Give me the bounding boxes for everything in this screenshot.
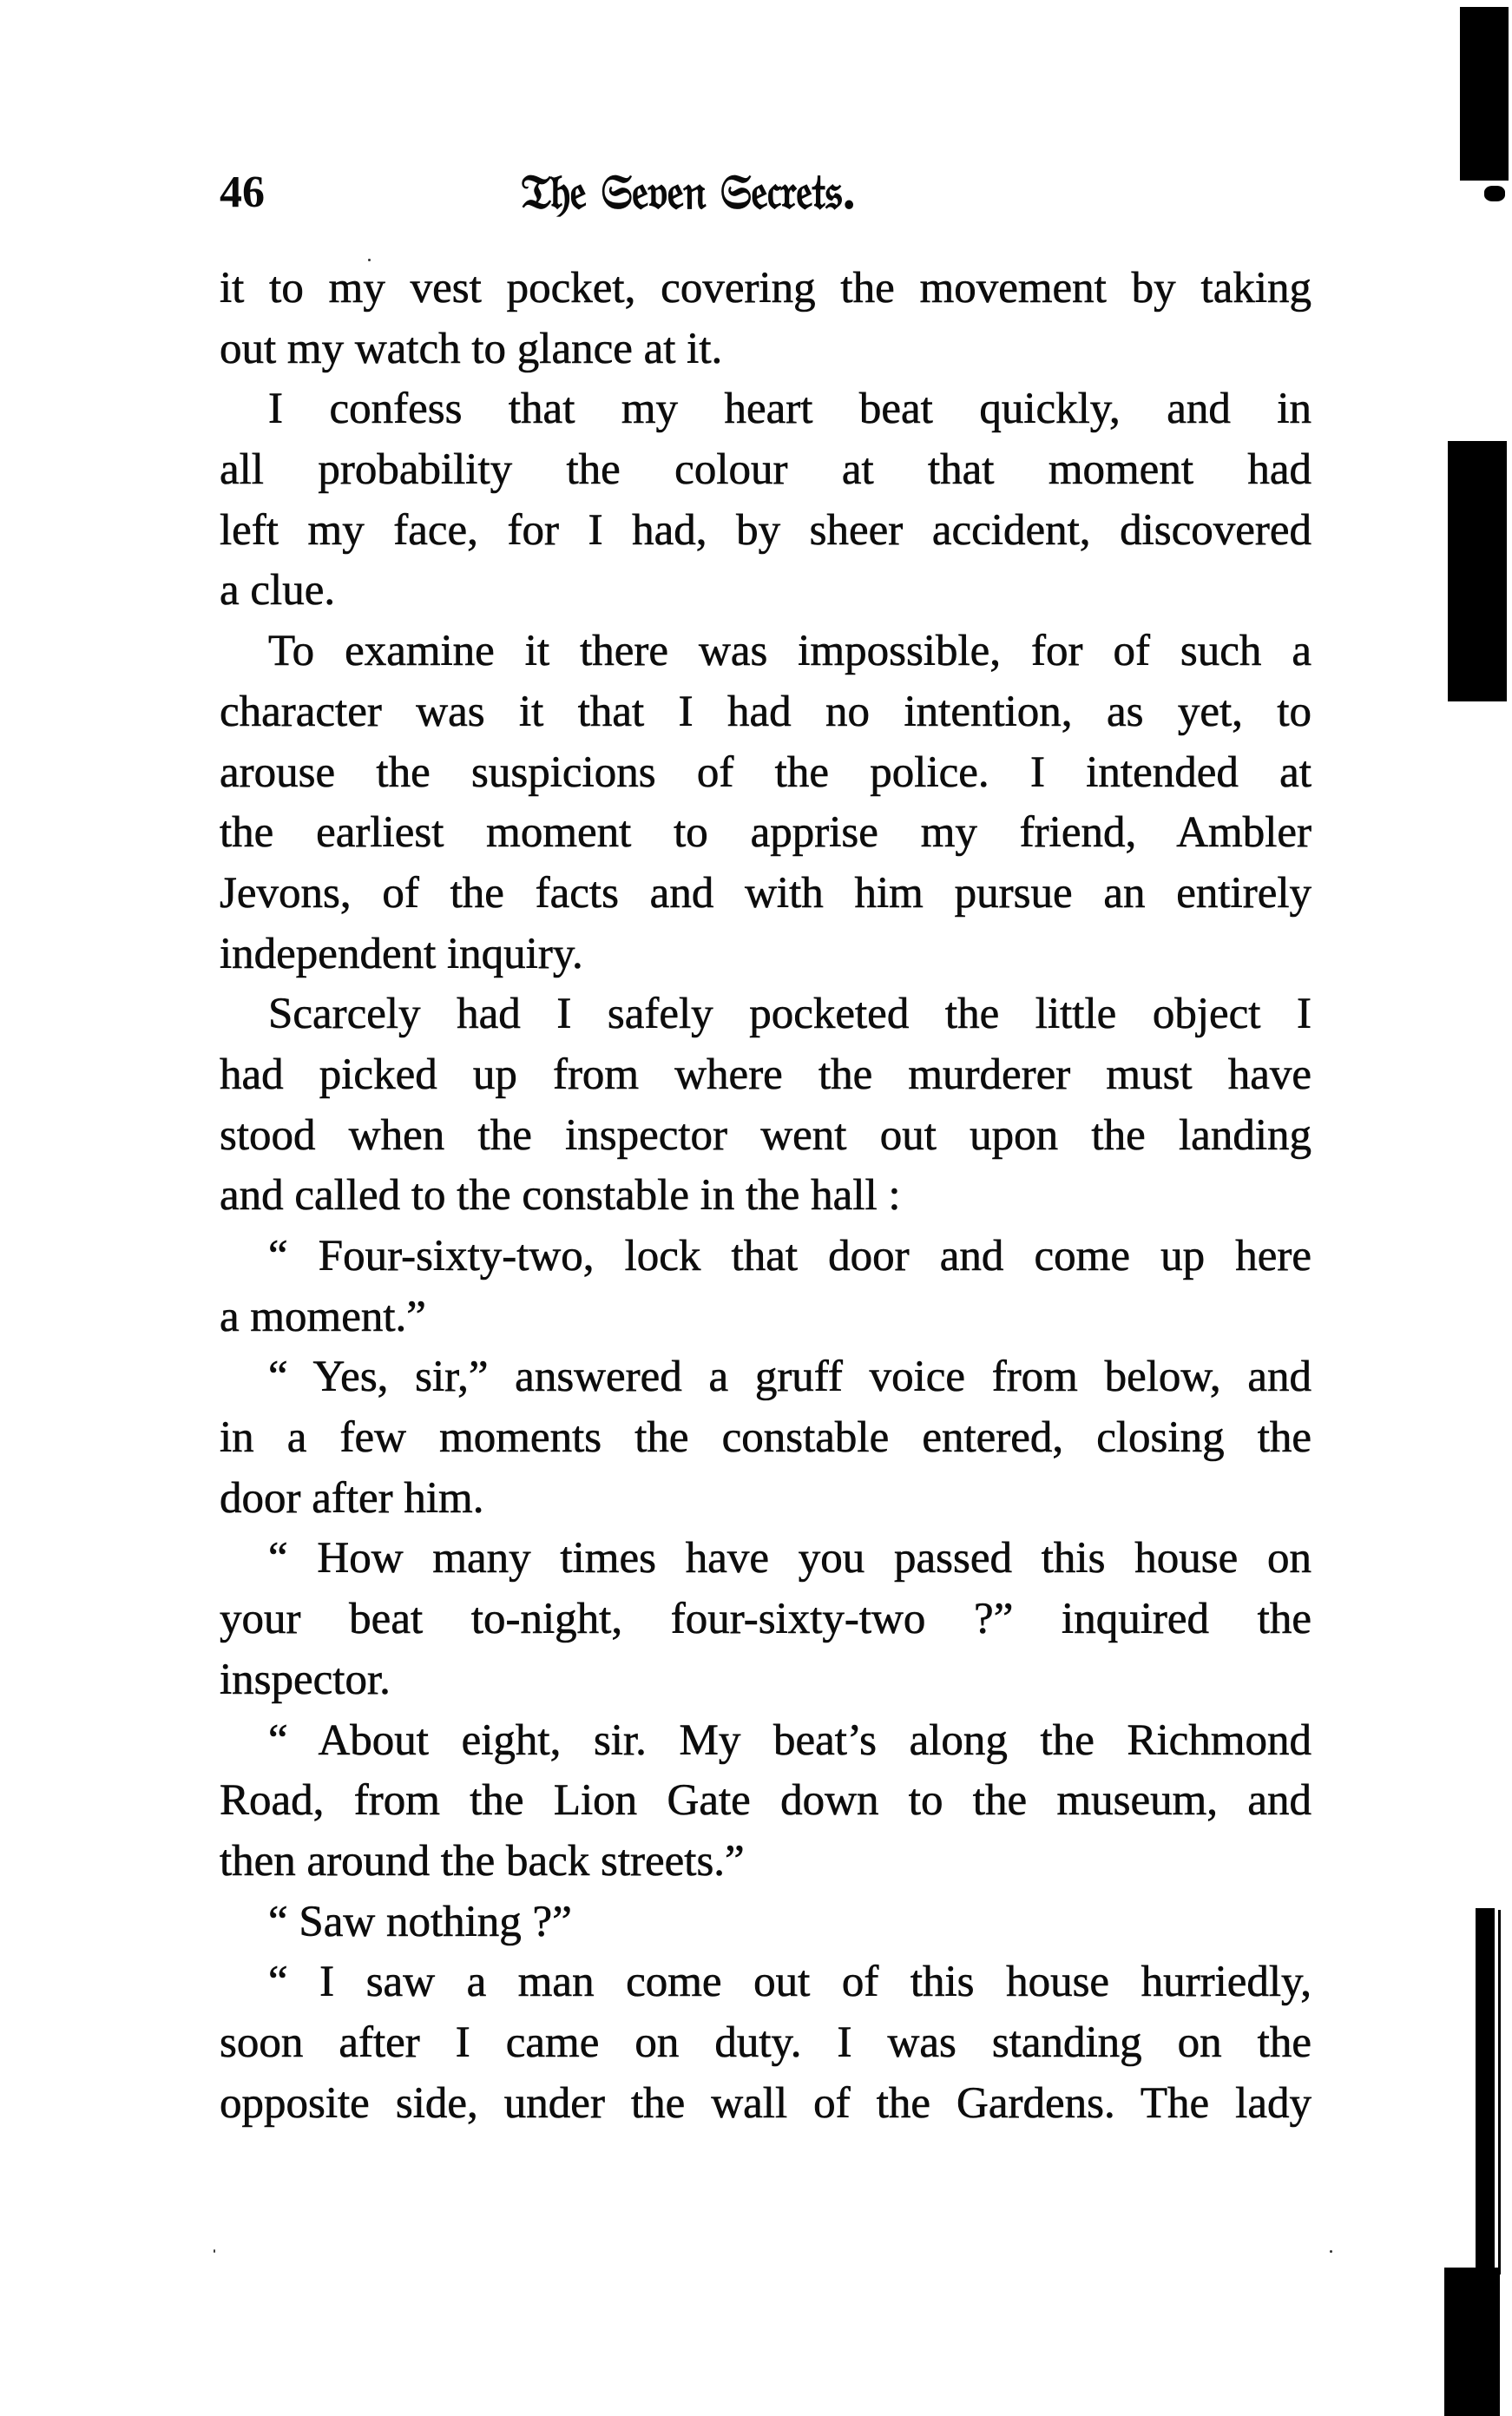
paragraph-start-line: “ Yes, sir,” answered a gruff voice from… — [220, 1347, 1311, 1408]
text-line: your beat to-night, four-sixty-two ?” in… — [220, 1590, 1311, 1650]
text-line: soon after I came on duty. I was standin… — [220, 2013, 1311, 2074]
text-line: a clue. — [220, 561, 1311, 622]
text-line: in a few moments the constable entered, … — [220, 1408, 1311, 1469]
paragraph-start-line: “ How many times have you passed this ho… — [220, 1529, 1311, 1590]
scan-edge-mark-top — [1460, 7, 1509, 181]
scan-speck — [368, 259, 371, 261]
paragraph-start-line: “ I saw a man come out of this house hur… — [220, 1952, 1311, 2013]
text-line: stood when the inspector went out upon t… — [220, 1106, 1311, 1167]
text-line: arouse the suspicions of the police. I i… — [220, 743, 1311, 804]
paragraph-start-line: Scarcely had I safely pocketed the littl… — [220, 984, 1311, 1045]
text-line: out my watch to glance at it. — [220, 319, 1311, 380]
text-line: and called to the constable in the hall … — [220, 1166, 1311, 1227]
scan-edge-line-bottom — [1498, 1910, 1501, 2274]
text-line: a moment.” — [220, 1287, 1311, 1348]
text-line: it to my vest pocket, covering the movem… — [220, 259, 1311, 319]
paragraph-start-line: To examine it there was impossible, for … — [220, 622, 1311, 682]
scan-edge-mark-top-blob — [1484, 186, 1505, 201]
text-line: opposite side, under the wall of the Gar… — [220, 2074, 1311, 2135]
text-line: inspector. — [220, 1650, 1311, 1711]
paragraph-start-line: “ Four-sixty-two, lock that door and com… — [220, 1227, 1311, 1287]
book-page: 46 𝔗𝔥𝔢 𝔖𝔢𝔳𝔢𝔫 𝔖𝔢𝔠𝔯𝔢𝔱𝔰. it to my vest pock… — [0, 0, 1512, 2416]
text-line: had picked up from where the murderer mu… — [220, 1045, 1311, 1106]
page-number: 46 — [220, 167, 265, 219]
scan-edge-mark-bottom-foot — [1444, 2268, 1500, 2416]
text-line: independent inquiry. — [220, 925, 1311, 985]
text-line: Road, from the Lion Gate down to the mus… — [220, 1771, 1311, 1832]
page-body: it to my vest pocket, covering the movem… — [220, 259, 1311, 2134]
paragraph-start-line: I confess that my heart beat quickly, an… — [220, 379, 1311, 440]
scan-speck — [1330, 2250, 1332, 2253]
running-title: 𝔗𝔥𝔢 𝔖𝔢𝔳𝔢𝔫 𝔖𝔢𝔠𝔯𝔢𝔱𝔰. — [521, 163, 976, 221]
text-line: Jevons, of the facts and with him pursue… — [220, 864, 1311, 925]
scan-speck — [214, 2249, 215, 2253]
text-line: door after him. — [220, 1469, 1311, 1530]
paragraph-start-line: “ About eight, sir. My beat’s along the … — [220, 1711, 1311, 1772]
text-line: then around the back streets.” — [220, 1832, 1311, 1893]
text-line: the earliest moment to apprise my friend… — [220, 803, 1311, 864]
paragraph-start-line: “ Saw nothing ?” — [220, 1893, 1311, 1953]
text-line: character was it that I had no intention… — [220, 682, 1311, 743]
text-line: all probability the colour at that momen… — [220, 440, 1311, 501]
text-line: left my face, for I had, by sheer accide… — [220, 501, 1311, 562]
scan-edge-mark-middle — [1448, 441, 1507, 701]
